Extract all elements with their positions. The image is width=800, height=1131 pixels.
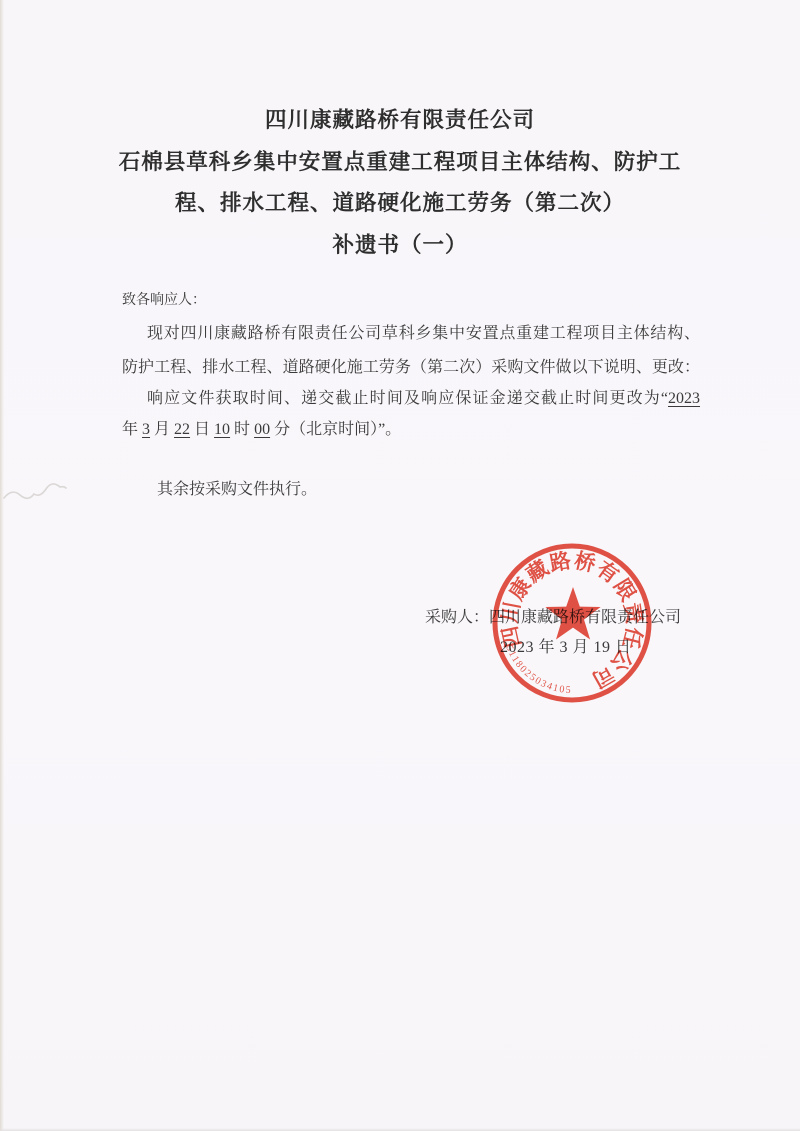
deadline-hour: 10 bbox=[214, 421, 230, 438]
title-line-1: 四川康藏路桥有限责任公司 bbox=[0, 100, 800, 142]
purchaser-name: 四川康藏路桥有限责任公司 bbox=[489, 609, 681, 626]
title-line-3: 程、排水工程、道路硬化施工劳务（第二次） bbox=[0, 183, 800, 225]
date-text: 分（北京时间）”。 bbox=[270, 421, 401, 438]
date-text: 时 bbox=[230, 421, 254, 438]
document-page: 四川康藏路桥有限责任公司 石棉县草科乡集中安置点重建工程项目主体结构、防护工 程… bbox=[0, 0, 800, 1131]
closing-line: 其余按采购文件执行。 bbox=[122, 478, 700, 502]
paragraph-2-line-1: 响应文件获取时间、递交截止时间及响应保证金递交截止时间更改为“2023 bbox=[122, 387, 700, 411]
paragraph-1-line-1: 现对四川康藏路桥有限责任公司草科乡集中安置点重建工程项目主体结构、 bbox=[122, 322, 700, 346]
salutation: 致各响应人： bbox=[122, 289, 700, 313]
deadline-year: 2023 bbox=[668, 390, 700, 407]
date-text: 日 bbox=[190, 421, 214, 438]
paragraph-2-line-2: 年 3 月 22 日 10 时 00 分（北京时间）”。 bbox=[122, 418, 700, 442]
date-text: 月 bbox=[150, 421, 174, 438]
deadline-change-text: 响应文件获取时间、递交截止时间及响应保证金递交截止时间更改为“ bbox=[147, 390, 668, 407]
deadline-month: 3 bbox=[142, 421, 150, 438]
signature-date: 2023 年 3 月 19 日 bbox=[500, 636, 632, 660]
deadline-day: 22 bbox=[174, 421, 190, 438]
document-title: 四川康藏路桥有限责任公司 石棉县草科乡集中安置点重建工程项目主体结构、防护工 程… bbox=[0, 100, 800, 266]
deadline-minute: 00 bbox=[254, 421, 270, 438]
date-text: 年 bbox=[122, 421, 142, 438]
purchaser-line: 采购人：四川康藏路桥有限责任公司 bbox=[425, 606, 681, 630]
pencil-scan-mark bbox=[0, 470, 90, 530]
paragraph-1-line-2: 防护工程、排水工程、道路硬化施工劳务（第二次）采购文件做以下说明、更改： bbox=[122, 356, 700, 380]
title-line-2: 石棉县草科乡集中安置点重建工程项目主体结构、防护工 bbox=[0, 142, 800, 184]
purchaser-label: 采购人： bbox=[425, 609, 489, 626]
title-line-4: 补遗书（一） bbox=[0, 225, 800, 267]
